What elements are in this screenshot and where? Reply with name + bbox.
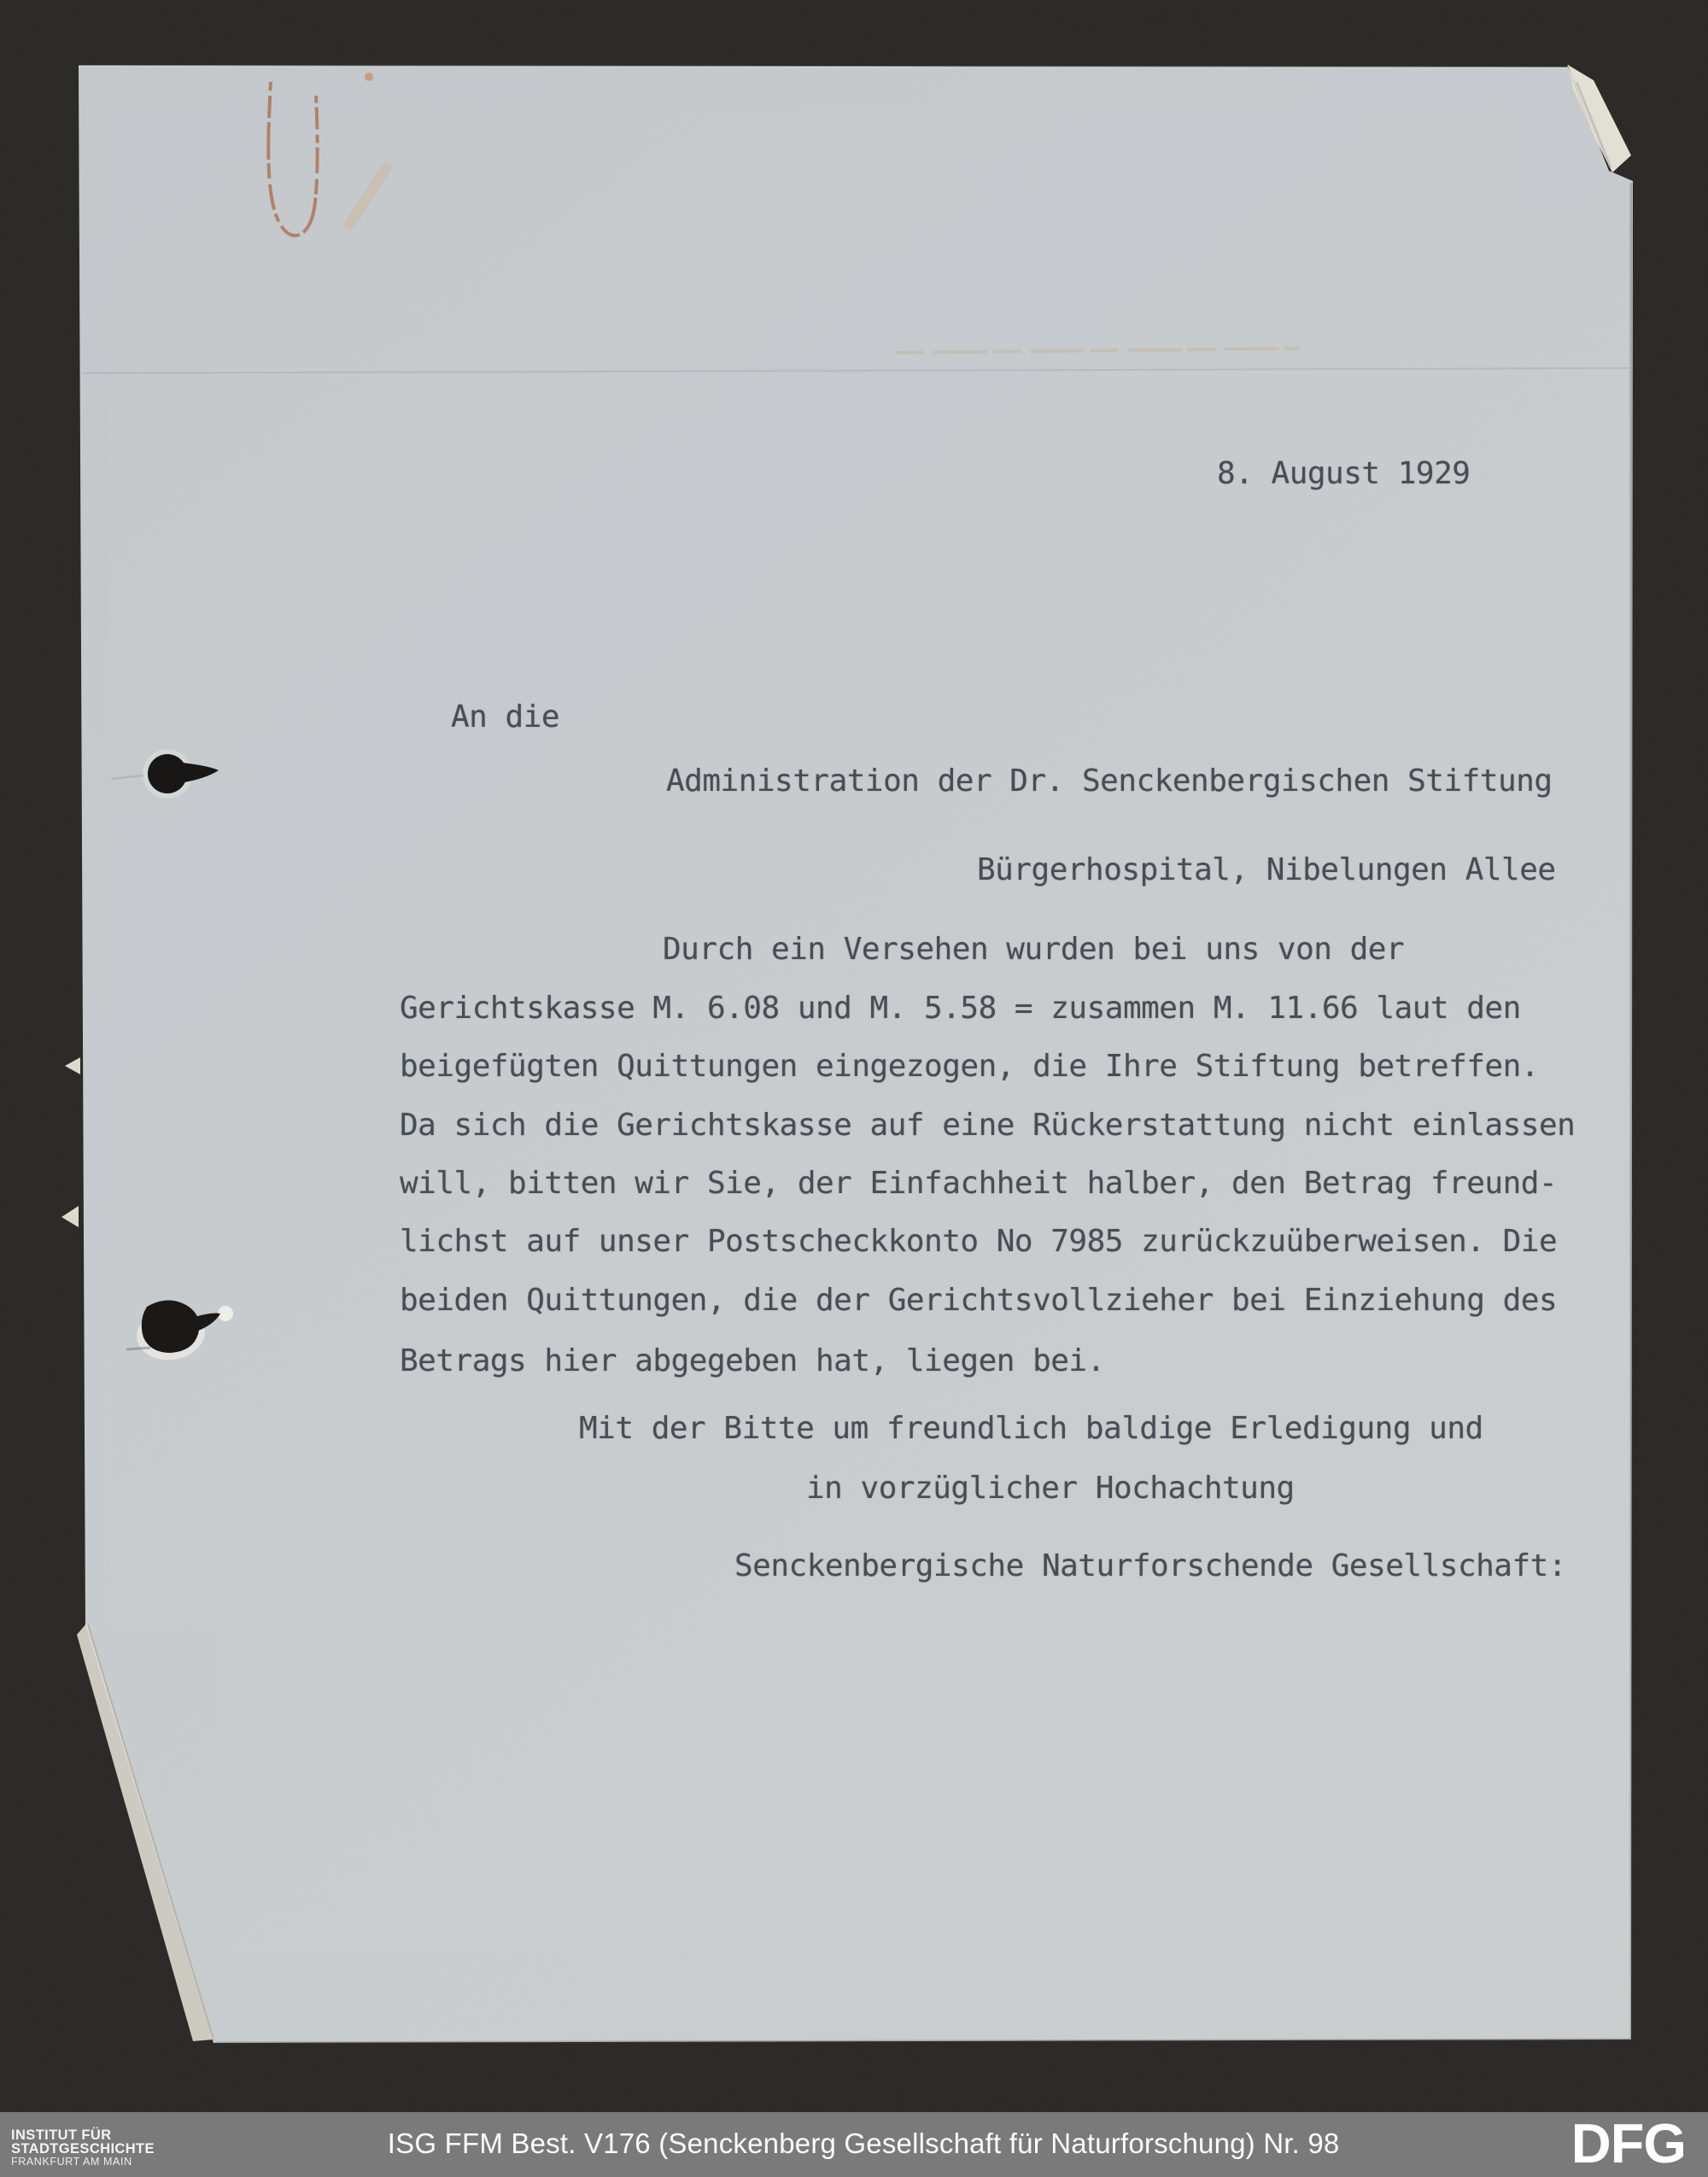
footer-bar: INSTITUT FÜR STADTGESCHICHTE FRANKFURT A…: [0, 2112, 1708, 2177]
body-line: Betrags hier abgegeben hat, liegen bei.: [400, 1343, 1105, 1380]
recipient-line-3: Bürgerhospital, Nibelungen Allee: [977, 851, 1556, 889]
body-line: lichst auf unser Postscheckkonto No 7985…: [400, 1223, 1557, 1261]
recipient-line-1: An die: [451, 699, 559, 736]
isg-logo-line-3: FRANKFURT AM MAIN: [11, 2156, 155, 2168]
paper-artwork: [0, 0, 1708, 2177]
dfg-logo: DFG: [1571, 2112, 1686, 2177]
isg-logo-line-2: STADTGESCHICHTE: [11, 2142, 155, 2156]
signature-line: Senckenbergische Naturforschende Gesells…: [734, 1548, 1566, 1585]
archive-scan: 8. August 1929 An die Administration der…: [0, 0, 1708, 2177]
recipient-line-2: Administration der Dr. Senckenbergischen…: [666, 763, 1553, 800]
isg-logo: INSTITUT FÜR STADTGESCHICHTE FRANKFURT A…: [11, 2128, 155, 2168]
body-line: will, bitten wir Sie, der Einfachheit ha…: [400, 1165, 1557, 1203]
body-line: Durch ein Versehen wurden bei uns von de…: [663, 931, 1404, 969]
body-line: Gerichtskasse M. 6.08 und M. 5.58 = zusa…: [400, 990, 1521, 1027]
body-line: Da sich die Gerichtskasse auf eine Rücke…: [400, 1107, 1575, 1144]
letter-date: 8. August 1929: [1217, 455, 1470, 493]
body-line: Mit der Bitte um freundlich baldige Erle…: [579, 1410, 1483, 1448]
body-line: beiden Quittungen, die der Gerichtsvollz…: [400, 1282, 1557, 1320]
archive-reference: ISG FFM Best. V176 (Senckenberg Gesellsc…: [388, 2112, 1340, 2177]
body-line: beigefügten Quittungen eingezogen, die I…: [400, 1048, 1539, 1086]
body-line: in vorzüglicher Hochachtung: [806, 1470, 1295, 1507]
isg-logo-line-1: INSTITUT FÜR: [11, 2128, 155, 2142]
